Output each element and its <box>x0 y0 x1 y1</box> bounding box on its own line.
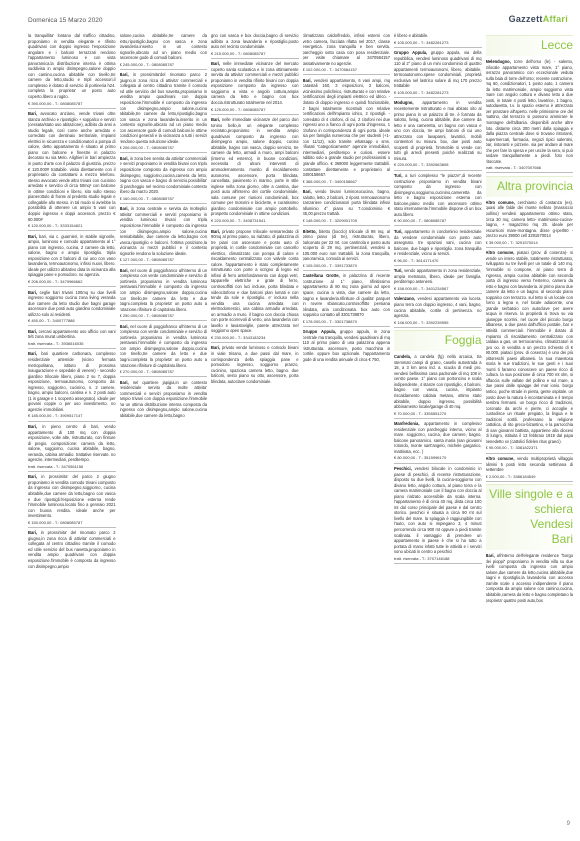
classified-ad: Altro comune, cerchiamo di costanza (es)… <box>486 200 574 248</box>
classified-ad: Castellana Grotte, in palazzina di recen… <box>303 273 391 326</box>
ad-body: all'interno dell'elegante residence "bor… <box>486 553 574 602</box>
classified-ad: Melendugno, torre dell'orso (le) - salen… <box>486 59 574 173</box>
ad-text: la tranquillita' lontano dal traffico ci… <box>28 33 116 100</box>
ad-location: Bari, <box>28 424 37 429</box>
ad-body: gruppo appula, in zona centrale ma tranq… <box>303 329 391 362</box>
ad-location: Bitetto, <box>303 229 317 234</box>
classified-ad: Bari, in prossimita' del rinomato parco … <box>28 530 116 569</box>
ad-body: in zona centrale e servita da molteplici… <box>120 206 208 255</box>
ad-price-contact: € 368.000,00 - T.: 3400158667 <box>303 178 391 187</box>
ad-text: Bari, in pieno centro di bari, vendo app… <box>28 424 116 463</box>
ad-price-contact: tratt. riservata - T.: 3470561156 <box>28 463 116 472</box>
ad-text: Bari, in zona centrale e servita da molt… <box>120 206 208 256</box>
ad-location: Bari, <box>211 117 220 122</box>
ad-text: gno con vasca e box doccia,bagno di serv… <box>211 33 299 50</box>
ad-body: in prossimita' del parco 2 giugno propon… <box>28 474 116 518</box>
section-title-line: Ville singole e a <box>486 488 574 501</box>
classified-ad: Turi, a turi complesso "le piazze",di re… <box>394 173 482 226</box>
classified-ad: Bari, vendesi appartamento, 6 vani ampi,… <box>303 78 391 187</box>
ad-location: Manfredonia, <box>394 421 419 426</box>
classified-ad: Gruppo Appula, gruppo appula, in zona ce… <box>303 329 391 362</box>
classified-ad: Bari, in pieno centro di bari, vendo app… <box>28 424 116 472</box>
ad-text: Altro comune, piataci (prov. di cosenza)… <box>486 250 574 444</box>
ad-price-contact: € 125.000,00 - T.: 0808085787 <box>211 106 299 115</box>
ad-body: appartamento in condominio residenziale … <box>394 229 482 256</box>
section-title-line: schiera <box>486 503 574 516</box>
classified-ad: Bari, cercasi appartamento uso ufficio c… <box>28 329 116 349</box>
ad-body: gruppo appula, via della repubblica, ven… <box>394 50 482 88</box>
ad-price-contact: € 178.000,00 - T.: 3301738870 <box>303 318 391 327</box>
section-header: Foggia <box>394 330 482 351</box>
classified-ad: Bari, nel cuore di poggiofranco all'inte… <box>120 324 208 377</box>
ad-location: Bari, <box>28 530 37 535</box>
classified-ad: Altro comune, piataci (prov. di cosenza)… <box>486 250 574 453</box>
logo-accent: Affari <box>543 14 568 24</box>
ad-price-contact: € 96,00 - T.: 3614171470 <box>394 257 482 266</box>
ad-price-contact: tratt. riservata - T.: 3936516035 <box>28 340 116 349</box>
classified-ad: Turi, appartamento in condominio residen… <box>394 229 482 266</box>
ad-location: Melendugno, <box>486 59 511 64</box>
ad-text: Altro comune, vendo multiproprietà villa… <box>486 456 574 473</box>
ad-location: Bari, <box>211 229 220 234</box>
classified-ad: Modugno, appartamento in vendita recente… <box>394 100 482 170</box>
ad-body: vendesi bilocale in condominio in paese … <box>394 466 482 554</box>
classified-ad: Bari, avvocato anziano, vende trivani ol… <box>28 111 116 231</box>
ad-location: Bari, <box>120 156 129 161</box>
ad-price-contact: € 220.000,00 - T.: 3392663808 <box>394 161 482 170</box>
ad-body: avvocato anziano, vende trivani oltre st… <box>28 111 116 221</box>
ad-price-contact: € 245.000,00 - T.: 0808085787 <box>120 61 208 70</box>
classifieds-grid: la tranquillita' lontano dal traffico ci… <box>28 33 573 823</box>
ad-text: Candela, a candela (fg) nella arcaica, t… <box>394 354 482 409</box>
ad-text: Bari, all'interno dell'elegante residenc… <box>486 553 574 603</box>
ad-price-contact: € 39.000,00 - T.: 3291570014 <box>486 239 574 248</box>
ad-price-contact: € 70.000,00 - T.: 3355551270 <box>394 410 482 419</box>
ad-price-contact: € 270.000,00 - T.: 0808085787 <box>120 368 208 377</box>
ad-body: privato vende luminoso e comodo bivani i… <box>211 345 299 383</box>
ad-price-contact: € 450,00 - T.: 3400777888 <box>28 317 116 326</box>
ad-text: Bari, in prossimita' del parco 2 giugno … <box>28 474 116 518</box>
ad-location: Bari, <box>28 111 37 116</box>
classified-ad: Bari, privato propone trilocale semiarre… <box>211 229 299 343</box>
ad-body: privato propone trilocale semiarredato d… <box>211 229 299 334</box>
ad-price-contact: € 250.000,00 - T.: 0808085787 <box>120 312 208 321</box>
ad-body: ceglie bari trivani 100mq su due livelli… <box>28 290 116 317</box>
ad-price-contact: € 160.000,00 - T.: 0808085787 <box>120 195 208 204</box>
ad-location: Altro comune, <box>486 456 515 461</box>
ad-text: Turi, appartamento in condominio residen… <box>394 229 482 257</box>
ad-body: in pieno centro di bari, vendo appartame… <box>28 424 116 462</box>
ad-location: Castellana Grotte, <box>303 273 340 278</box>
ad-price-contact: € 220.000,00 - T.: 3408731541 <box>211 217 299 226</box>
ad-body: nel cuore di poggiofranco all'interno di… <box>120 324 208 368</box>
ad-body: cerchiamo di costanza (es). quasi alle f… <box>486 200 574 238</box>
ad-price-contact: € 90.000,00 - T.: 3381822371 <box>486 444 574 453</box>
ad-body: vendo appartamento in zona residenziale,… <box>394 268 482 284</box>
ad-location: Bari, <box>486 553 495 558</box>
section-header: Lecce <box>486 35 574 56</box>
classified-ad: Bari, nel quartiere japigia,in un contes… <box>120 380 208 419</box>
column-2: salone,cucina abitabile,tre camere da le… <box>120 33 208 823</box>
ad-text: climatizzato caldo/freddo, infissi ester… <box>303 33 391 66</box>
ad-body: vendo bivani luminosocucina, bagno, salo… <box>303 189 391 216</box>
section-header: Ville singole e aschieraVendesiBari <box>486 484 574 550</box>
ad-location: Turi, <box>394 173 403 178</box>
ad-text: Bari, cercasi appartamento uso ufficio c… <box>28 329 116 340</box>
ad-location: Bari, <box>120 206 129 211</box>
ad-price-contact: € 127.000,00 - T.: 0808085787 <box>120 256 208 265</box>
classified-ad: Bari, bari, via c. guarnieri, in stabile… <box>28 234 116 287</box>
ad-location: Valenzano, <box>394 296 415 301</box>
ad-price-contact: € 206.000,00 - T.: 0808085787 <box>120 144 208 153</box>
ad-body: la tranquillita' lontano dal traffico ci… <box>28 33 116 99</box>
ad-text: Bari, in prossimita'del rinomato parco 2… <box>120 72 208 144</box>
ad-text: Bari, bari quartiere carbonara, compless… <box>28 351 116 412</box>
ad-body: cercasi appartamento uso ufficio con van… <box>28 329 116 340</box>
ad-price-contact: € 206.000,00 - T.: 3479966662 <box>28 278 116 287</box>
ad-text: Altro comune, cerchiamo di costanza (es)… <box>486 200 574 239</box>
ad-location: Altro comune, <box>486 250 515 255</box>
ad-body: in palazzina di recente costruzione al 1… <box>303 273 391 317</box>
classified-ad: Bari, nelle immediate vicinanze del parc… <box>211 117 299 226</box>
ad-price-contact: € 148.000,00 - T.: 3209001709 <box>303 217 391 226</box>
ad-price-contact: € 215.000,00 - T.: 0808085787 <box>211 50 299 59</box>
ad-body: nelle immediate vicinanze del mercato co… <box>211 61 299 105</box>
ad-text: Bari, bari, via c. guarnieri, in stabile… <box>28 234 116 278</box>
classified-ad: Manfredonia, appartamento in complesso r… <box>394 421 482 463</box>
classified-ad: Bari, in prossimita' del parco 2 giugno … <box>28 474 116 527</box>
ad-text: Manfredonia, appartamento in complesso r… <box>394 421 482 454</box>
ad-location: Candela, <box>394 354 411 359</box>
classified-ad: la tranquillita' lontano dal traffico ci… <box>28 33 116 109</box>
ad-location: Bari, <box>120 324 129 329</box>
ad-text: Bari, nel quartiere japigia,in un contes… <box>120 380 208 419</box>
ad-text: Bari, in prossimita' del rinomato parco … <box>28 530 116 569</box>
ad-text: Turi, vendo appartamento in zona residen… <box>394 268 482 285</box>
ad-body: in prossimita' del rinomato parco 2 giug… <box>28 530 116 568</box>
classified-ad: Altro comune, vendo multiproprietà villa… <box>486 456 574 482</box>
ad-body: vendesi appartamento, 6 vani ampi, mq ca… <box>303 78 391 177</box>
ad-price-contact: tratt. riservata - T.: 3707146188 <box>394 555 482 564</box>
ad-location: Altro comune, <box>486 200 515 205</box>
publication-logo: GazzettAffari <box>509 14 568 24</box>
classified-ad: Bitetto, bitetto (bocclo) trilocale di 9… <box>303 229 391 271</box>
ad-text: Bari, in zona ben servita da attivita' c… <box>120 156 208 195</box>
ad-body: bari quartiere carbonara, complesso resi… <box>28 351 116 411</box>
classified-ad: Bari, ceglie bari trivani 100mq su due l… <box>28 290 116 327</box>
ad-price-contact: € 90.000,00 - T.: 0808085787 <box>394 217 482 226</box>
ad-location: Bari, <box>120 380 129 385</box>
page-number: 9 <box>567 821 570 827</box>
ad-body: nel quartiere japigia,in un contesto res… <box>120 380 208 418</box>
classified-ad: Bari, vendo bivani luminosocucina, bagno… <box>303 189 391 226</box>
ad-location: Peschici, <box>394 466 412 471</box>
column-5: è libero e abitabile.€ 105.000,00 - T.: … <box>394 33 482 823</box>
ad-body: in prossimita'del rinomato parco 2 giugn… <box>120 72 208 144</box>
classified-ad: Bari, bari quartiere carbonara, compless… <box>28 351 116 421</box>
ad-text: Gruppo Appula, gruppo appula, in zona ce… <box>303 329 391 362</box>
ad-body: nel cuore di poggiofranco all'interno di… <box>120 268 208 312</box>
section-title: Foggia <box>394 334 482 347</box>
ad-body: climatizzato caldo/freddo, infissi ester… <box>303 33 391 66</box>
ad-body: bari, via c. guarnieri, in stabile signo… <box>28 234 116 278</box>
ad-price-contact: € 150.000,00 - T.: 0808085787 <box>28 519 116 528</box>
ad-text: Gruppo Appula, gruppo appula, via della … <box>394 50 482 89</box>
ad-price-contact: € 2.000,00 - T.: 3386184549 <box>486 473 574 482</box>
ad-text: Bari, nel cuore di poggiofranco all'inte… <box>120 324 208 368</box>
ad-body: salone,cucina abitabile,tre camere da le… <box>120 33 208 60</box>
section-title: Altra provincia <box>486 180 574 193</box>
classified-ad: Bari, in zona ben servita da attivita' c… <box>120 156 208 204</box>
classified-ad: salone,cucina abitabile,tre camere da le… <box>120 33 208 70</box>
ad-location: Turi, <box>394 268 403 273</box>
ad-text: Bari, avvocato anziano, vende trivani ol… <box>28 111 116 222</box>
ad-body: in zona ben servita da attivita' commerc… <box>120 156 208 194</box>
ad-location: Bari, <box>28 290 37 295</box>
classified-ad: Bari, nel cuore di poggiofranco all'inte… <box>120 268 208 321</box>
column-6: LecceMelendugno, torre dell'orso (le) - … <box>486 33 574 823</box>
ad-location: Gruppo Appula, <box>394 50 427 55</box>
ad-text: salone,cucina abitabile,tre camere da le… <box>120 33 208 61</box>
classified-ad: Gruppo Appula, gruppo appula, via della … <box>394 50 482 98</box>
ad-text: Bari, nelle immediate vicinanze del parc… <box>211 117 299 217</box>
section-title: Lecce <box>486 39 574 52</box>
classified-ad: Valenzano, vendesi appartamento via luce… <box>394 296 482 327</box>
ad-text: Bari, privato vende luminoso e comodo bi… <box>211 345 299 384</box>
ad-location: Bari, <box>303 189 312 194</box>
ad-location: Bari, <box>120 268 129 273</box>
section-title-line: Bari <box>486 533 574 546</box>
classified-ad: Turi, vendo appartamento in zona residen… <box>394 268 482 294</box>
ad-text: Bari, vendesi appartamento, 6 vani ampi,… <box>303 78 391 178</box>
ad-text: Castellana Grotte, in palazzina di recen… <box>303 273 391 317</box>
issue-date: Domenica 15 Marzo 2020 <box>28 17 102 24</box>
ad-body: a turi complesso "le piazze",di recente … <box>394 173 482 217</box>
ad-location: Bari, <box>211 61 220 66</box>
ad-body: appartamento in complesso residenziale c… <box>394 421 482 454</box>
column-4: climatizzato caldo/freddo, infissi ester… <box>303 33 391 823</box>
ad-price-contact: € 230.000,00 - T.: 3343183234 <box>211 334 299 343</box>
ad-body: bitetto (bocclo) trilocale di 98 mq. al … <box>303 229 391 262</box>
ad-text: Bari, nelle immediate vicinanze del merc… <box>211 61 299 105</box>
ad-price-contact: € 80.000,00 - T.: 3515996170 <box>394 454 482 463</box>
ad-price-contact: tratt. riservata - T.: 3407007666 <box>486 164 574 173</box>
column-1: la tranquillita' lontano dal traffico ci… <box>28 33 116 823</box>
ad-location: Bari, <box>28 329 37 334</box>
ad-price-contact: € 105.000,00 - T.: 3482281273 <box>394 89 482 98</box>
ad-location: Gruppo Appula, <box>303 329 337 334</box>
classified-ad: è libero e abitabile.€ 105.000,00 - T.: … <box>394 33 482 48</box>
classified-ad: Bari, in prossimita'del rinomato parco 2… <box>120 72 208 153</box>
ad-text: Turi, a turi complesso "le piazze",di re… <box>394 173 482 217</box>
classified-ad: Bari, nelle immediate vicinanze del merc… <box>211 61 299 114</box>
logo-main: Gazzett <box>509 14 543 24</box>
ad-text: Valenzano, vendesi appartamento via luce… <box>394 296 482 318</box>
ad-text: Bari, ceglie bari trivani 100mq su due l… <box>28 290 116 318</box>
ad-body: nelle immediate vicinanze del parco don … <box>211 117 299 216</box>
ad-location: Bari, <box>28 474 37 479</box>
ad-location: Bari, <box>120 72 129 77</box>
ad-body: gno con vasca e box doccia,bagno di serv… <box>211 33 299 49</box>
classified-ad: Bari, all'interno dell'elegante residenc… <box>486 553 574 603</box>
classified-ad: climatizzato caldo/freddo, infissi ester… <box>303 33 391 75</box>
ad-body: è libero e abitabile. <box>394 33 428 38</box>
classified-ad: Candela, a candela (fg) nella arcaica, t… <box>394 354 482 419</box>
ad-price-contact: € 185.000,00 - T.: 3909517147 <box>28 412 116 421</box>
ad-text: Melendugno, torre dell'orso (le) - salen… <box>486 59 574 164</box>
ad-text: Bari, nel cuore di poggiofranco all'inte… <box>120 268 208 312</box>
ad-location: Bari, <box>211 345 220 350</box>
ad-text: Modugno, appartamento in vendita recente… <box>394 100 482 161</box>
classified-ad: Bari, privato vende luminoso e comodo bi… <box>211 345 299 384</box>
ad-price-contact: € 102.000,00 - T.: 3470584157 <box>303 66 391 75</box>
ad-location: Bari, <box>28 234 37 239</box>
column-3: gno con vasca e box doccia,bagno di serv… <box>211 33 299 823</box>
ad-body: piataci (prov. di cosenza)- si vende un … <box>486 250 574 444</box>
ad-price-contact: € 105.000,00 - T.: 3482281273 <box>394 39 482 48</box>
ad-body: a candela (fg) nella arcaica, tra stemma… <box>394 354 482 409</box>
ad-text: Bari, vendo bivani luminosocucina, bagno… <box>303 189 391 217</box>
ad-body: torre dell'orso (le) - salento, trilocal… <box>486 59 574 164</box>
page-header: Domenica 15 Marzo 2020 GazzettAffari <box>0 0 580 34</box>
ad-location: Bari, <box>28 351 37 356</box>
classified-ad: gno con vasca e box doccia,bagno di serv… <box>211 33 299 59</box>
ad-location: Bari, <box>303 78 312 83</box>
section-title-line: Vendesi <box>486 518 574 531</box>
ad-text: Bitetto, bitetto (bocclo) trilocale di 9… <box>303 229 391 262</box>
ad-price-contact: € 105.000,00 - T.: 3391733870 <box>303 262 391 271</box>
classified-ad: Peschici, vendesi bilocale in condominio… <box>394 466 482 564</box>
classified-ad: Bari, in zona centrale e servita da molt… <box>120 206 208 265</box>
ad-price-contact: € 158.000,00 - T.: 3401234567 <box>394 285 482 294</box>
ad-location: Turi, <box>394 229 403 234</box>
ad-price-contact: € 120.000,00 - T.: 3333154821 <box>28 222 116 231</box>
ad-body: appartamento in vendita recentemente ris… <box>394 100 482 160</box>
ad-price-contact: € 390.000,00 - T.: 0808085787 <box>28 100 116 109</box>
section-header: Altra provincia <box>486 176 574 197</box>
ad-location: Modugno, <box>394 100 414 105</box>
ad-text: Bari, privato propone trilocale semiarre… <box>211 229 299 334</box>
ad-text: Peschici, vendesi bilocale in condominio… <box>394 466 482 555</box>
ad-price-contact: € 148.000,00 - T.: 3392239955 <box>394 319 482 328</box>
